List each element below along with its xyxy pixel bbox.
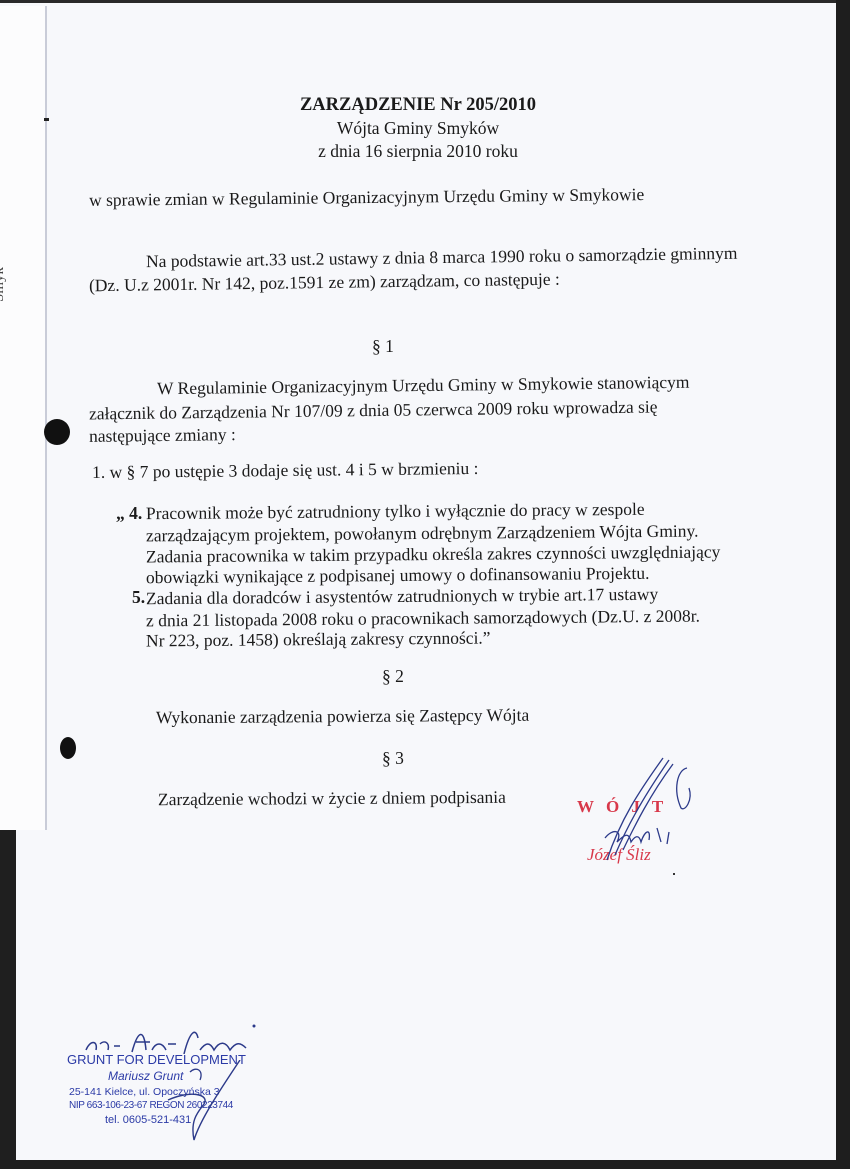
section-3-text: Zarządzenie wchodzi w życie z dniem podp… xyxy=(158,789,506,809)
point-number: 5. xyxy=(132,589,145,607)
preamble-line: Na podstawie art.33 ust.2 ustawy z dnia … xyxy=(146,245,738,271)
scan-edge-top xyxy=(0,0,836,3)
signature-icon xyxy=(585,750,715,870)
point-5-line: Zadania dla doradców i asystentów zatrud… xyxy=(146,586,658,608)
point-number: „ 4. xyxy=(116,505,142,523)
punch-hole-icon xyxy=(44,419,70,445)
change-item-1: 1. w § 7 po ustępie 3 dodaje się ust. 4 … xyxy=(92,460,479,482)
point-4-line: Pracownik może być zatrudniony tylko i w… xyxy=(146,501,645,523)
section-3-heading: § 3 xyxy=(382,750,404,768)
document-date: z dnia 16 sierpnia 2010 roku xyxy=(0,143,836,161)
section-2-text: Wykonanie zarządzenia powierza się Zastę… xyxy=(156,707,529,727)
margin-strip-text: Smyk xyxy=(0,267,8,302)
ink-dot xyxy=(673,873,675,875)
section-1-intro: załącznik do Zarządzenia Nr 107/09 z dni… xyxy=(89,399,658,423)
section-1-heading: § 1 xyxy=(372,338,394,356)
scan-edge-left xyxy=(0,830,16,1160)
point-5-line: z dnia 21 listopada 2008 roku o pracowni… xyxy=(146,608,700,630)
punch-hole-icon xyxy=(60,737,76,759)
section-1-intro: następujące zmiany : xyxy=(89,426,236,445)
document-subject: w sprawie zmian w Regulaminie Organizacy… xyxy=(89,186,644,209)
copy-signature-icon xyxy=(160,1060,260,1150)
document-title: ZARZĄDZENIE Nr 205/2010 xyxy=(0,96,836,115)
point-4-line: obowiązki wynikające z podpisanej umowy … xyxy=(146,565,650,587)
document-issuer: Wójta Gminy Smyków xyxy=(0,120,836,138)
point-5-line: Nr 223, poz. 1458) określają zakresy czy… xyxy=(146,629,491,650)
scanned-page: Smyk ZARZĄDZENIE Nr 205/2010 Wójta Gminy… xyxy=(0,0,836,1160)
section-1-intro: W Regulaminie Organizacyjnym Urzędu Gmin… xyxy=(157,374,690,398)
section-2-heading: § 2 xyxy=(382,668,404,686)
preamble-line: (Dz. U.z 2001r. Nr 142, poz.1591 ze zm) … xyxy=(89,271,560,295)
